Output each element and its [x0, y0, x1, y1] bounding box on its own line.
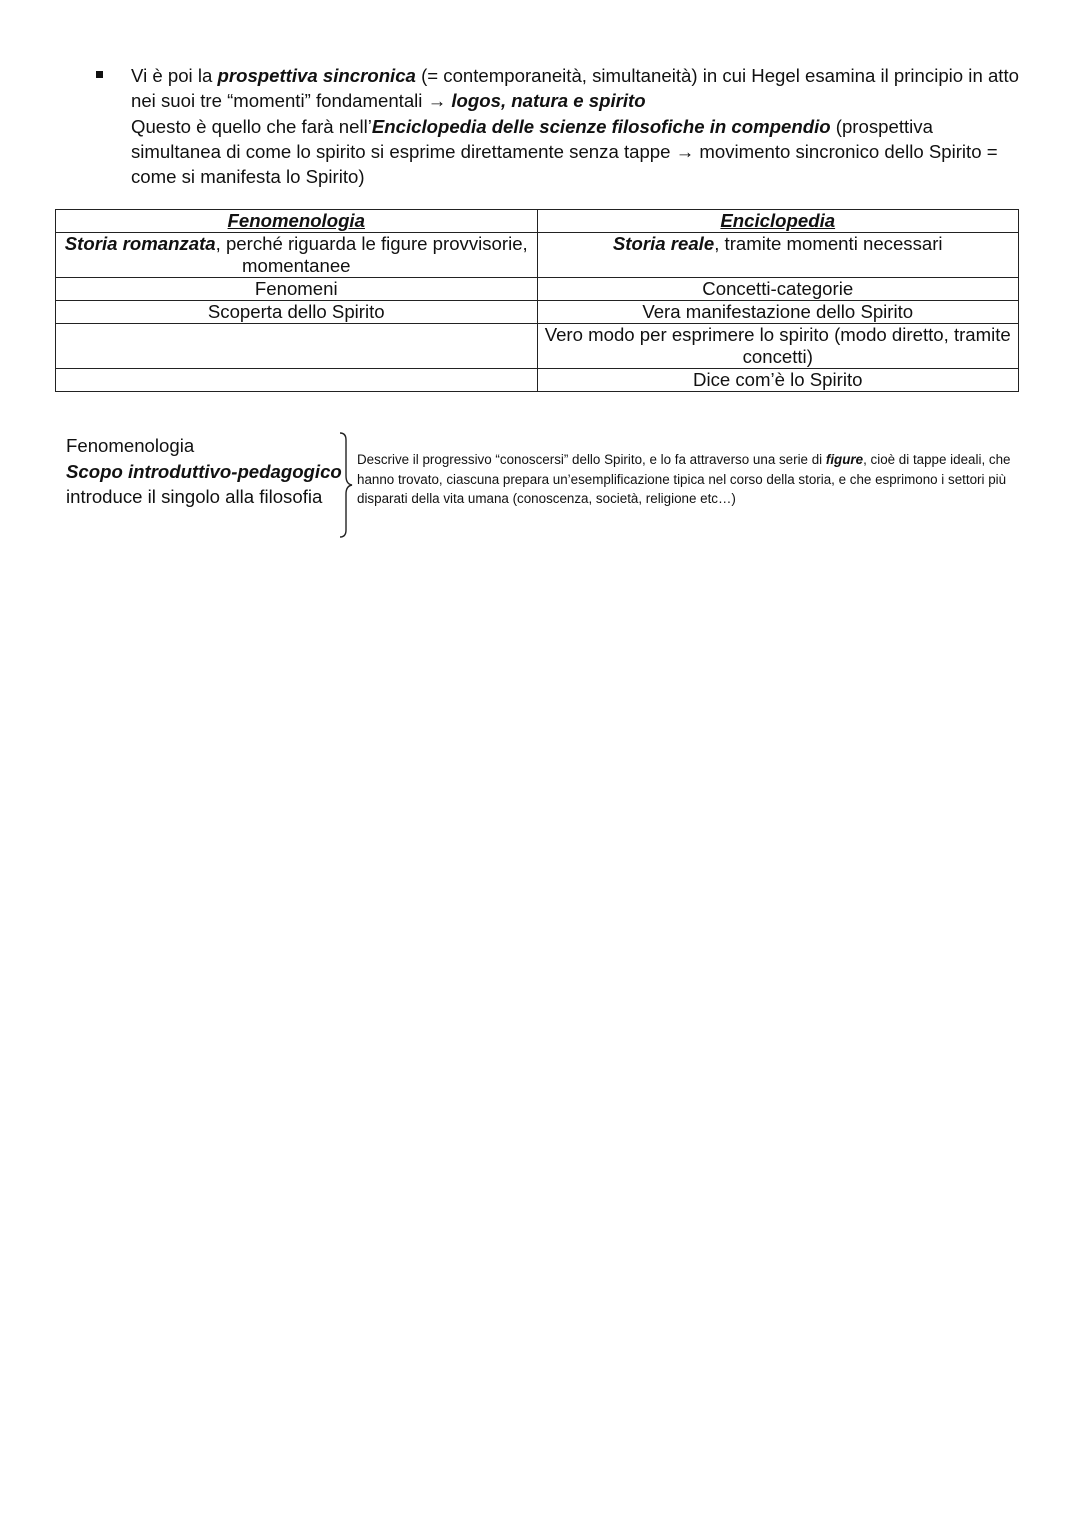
table-row: Scoperta dello Spirito Vera manifestazio…: [56, 301, 1019, 324]
term-three-moments: logos, natura e spirito: [451, 90, 645, 111]
table-cell: [56, 324, 538, 369]
note-title: Fenomenologia: [66, 433, 342, 459]
fenomenologia-annotation: Descrive il progressivo “conoscersi” del…: [357, 450, 1017, 509]
table-cell: [56, 369, 538, 392]
table-cell: Dice com’è lo Spirito: [537, 369, 1019, 392]
fenomenologia-note: Fenomenologia Scopo introduttivo-pedagog…: [66, 433, 342, 510]
bullet-line-2: Questo è quello che farà nell’Encicloped…: [131, 114, 1026, 190]
table-cell: Concetti-categorie: [537, 278, 1019, 301]
table-cell: Storia romanzata, perché riguarda le fig…: [56, 233, 538, 278]
table-cell: Scoperta dello Spirito: [56, 301, 538, 324]
table-row: Fenomeni Concetti-categorie: [56, 278, 1019, 301]
header-enciclopedia: Enciclopedia: [537, 210, 1019, 233]
term-prospettiva-sincronica: prospettiva sincronica: [218, 65, 416, 86]
bullet-square-icon: [96, 71, 103, 78]
table-cell: Storia reale, tramite momenti necessari: [537, 233, 1019, 278]
table-cell: Vera manifestazione dello Spirito: [537, 301, 1019, 324]
table-row: Vero modo per esprimere lo spirito (modo…: [56, 324, 1019, 369]
table-row: Dice com’è lo Spirito: [56, 369, 1019, 392]
curly-brace-icon: [338, 432, 356, 538]
bullet-line-1: Vi è poi la prospettiva sincronica (= co…: [131, 63, 1026, 114]
bullet-text: Vi è poi la prospettiva sincronica (= co…: [131, 63, 1026, 189]
comparison-table: Fenomenologia Enciclopedia Storia romanz…: [55, 209, 1019, 392]
table-row: Storia romanzata, perché riguarda le fig…: [56, 233, 1019, 278]
term-enciclopedia: Enciclopedia delle scienze filosofiche i…: [372, 116, 831, 137]
table-header-row: Fenomenologia Enciclopedia: [56, 210, 1019, 233]
note-line: introduce il singolo alla filosofia: [66, 484, 342, 510]
term-figure: figure: [826, 452, 863, 467]
header-fenomenologia: Fenomenologia: [56, 210, 538, 233]
table-cell: Fenomeni: [56, 278, 538, 301]
note-subtitle: Scopo introduttivo-pedagogico: [66, 459, 342, 485]
table-cell: Vero modo per esprimere lo spirito (modo…: [537, 324, 1019, 369]
